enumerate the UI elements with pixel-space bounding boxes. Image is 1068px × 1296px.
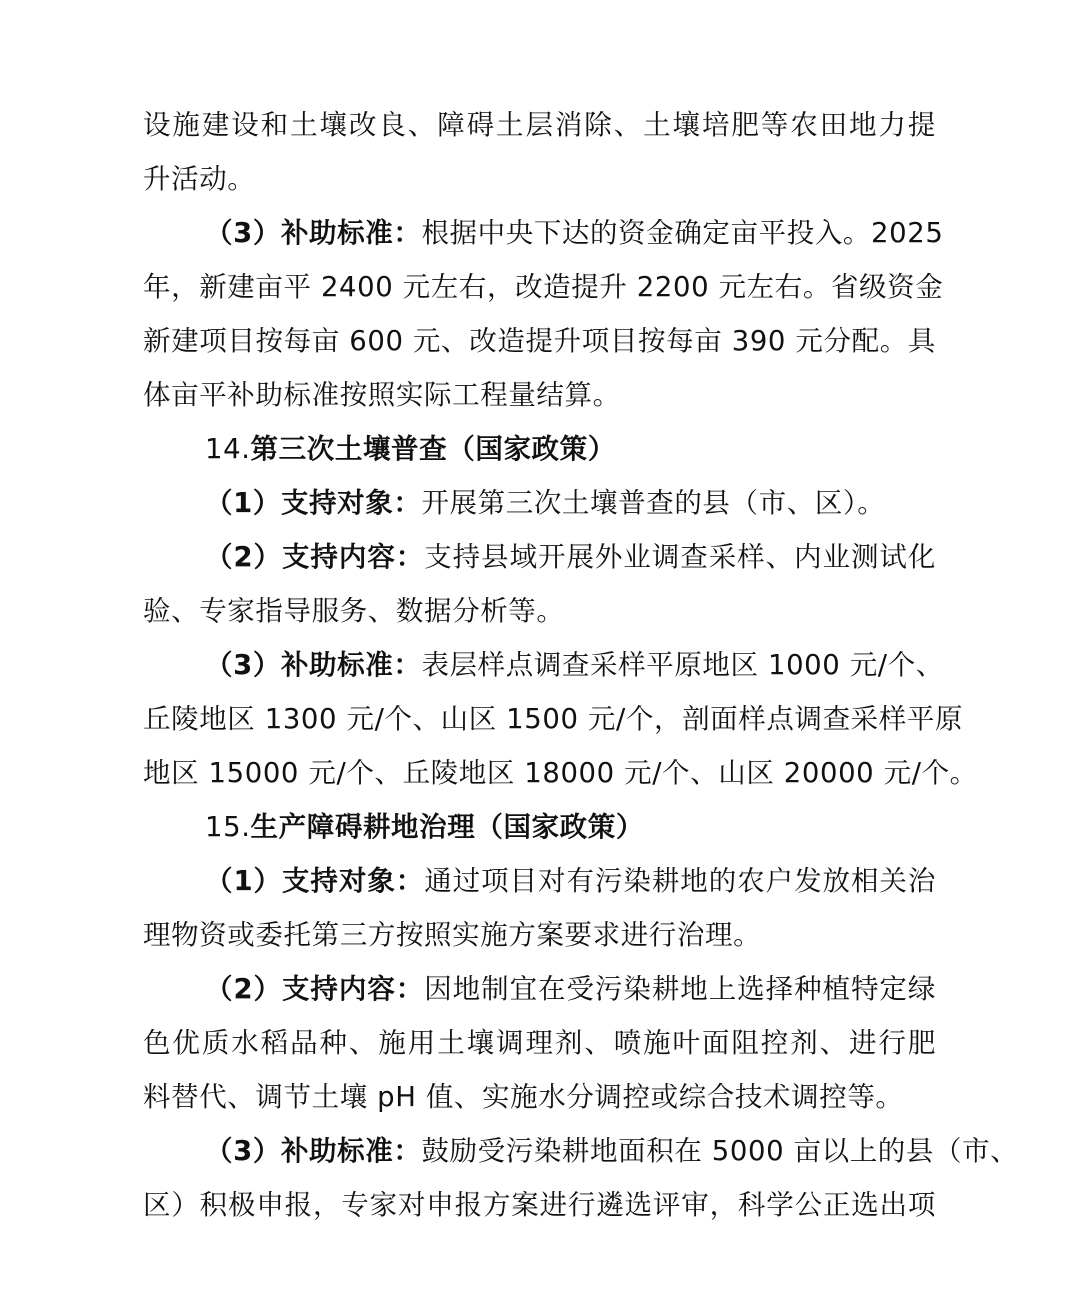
section-title: 生产障碍耕地治理（国家政策） [251,811,644,843]
document-page: 设施建设和土壤改良、障碍土层消除、土壤培肥等农田地力提 升活动。 （3）补助标准… [143,98,936,1232]
section-title: 第三次土壤普查（国家政策） [251,433,616,465]
paragraph-line: 丘陵地区 1300 元/个、山区 1500 元/个，剖面样点调查采样平原 [143,692,936,746]
paragraph-line: 年，新建亩平 2400 元左右，改造提升 2200 元左右。省级资金 [143,260,936,314]
support-content-paragraph: （2）支持内容：支持县域开展外业调查采样、内业测试化 [143,530,936,584]
item-prefix: （1） [205,865,282,897]
item-prefix: （2） [205,541,282,573]
item-label: 支持对象： [282,865,424,897]
item-prefix: （3） [205,649,281,681]
support-content-paragraph: （2）支持内容：因地制宜在受污染耕地上选择种植特定绿 [143,962,936,1016]
item-prefix: （3） [205,217,281,249]
item-text: 开展第三次土壤普查的县（市、区）。 [421,487,885,519]
section-number: 15. [205,811,251,843]
item-text: 因地制宜在受污染耕地上选择种植特定绿 [424,973,936,1005]
subsidy-standard-paragraph: （3）补助标准：表层样点调查采样平原地区 1000 元/个、 [143,638,936,692]
paragraph-line: 区）积极申报，专家对申报方案进行遴选评审，科学公正选出项 [143,1178,936,1232]
section-heading-15: 15.生产障碍耕地治理（国家政策） [143,800,936,854]
item-label: 支持内容： [282,973,424,1005]
item-prefix: （3） [205,1135,281,1167]
item-text: 通过项目对有污染耕地的农户发放相关治 [424,865,936,897]
section-number: 14. [205,433,251,465]
paragraph-line: 料替代、调节土壤 pH 值、实施水分调控或综合技术调控等。 [143,1070,936,1124]
item-text: 根据中央下达的资金确定亩平投入。2025 [421,217,943,249]
item-label: 补助标准： [281,1135,422,1167]
paragraph-line: 新建项目按每亩 600 元、改造提升项目按每亩 390 元分配。具 [143,314,936,368]
paragraph-line: 色优质水稻品种、施用土壤调理剂、喷施叶面阻控剂、进行肥 [143,1016,936,1070]
item-text: 鼓励受污染耕地面积在 5000 亩以上的县（市、 [421,1135,1018,1167]
item-label: 支持对象： [281,487,422,519]
paragraph-line: 体亩平补助标准按照实际工程量结算。 [143,368,936,422]
paragraph-line: 地区 15000 元/个、丘陵地区 18000 元/个、山区 20000 元/个… [143,746,936,800]
item-label: 补助标准： [281,217,422,249]
subsidy-standard-paragraph: （3）补助标准：鼓励受污染耕地面积在 5000 亩以上的县（市、 [143,1124,936,1178]
item-prefix: （1） [205,487,281,519]
paragraph-line: 验、专家指导服务、数据分析等。 [143,584,936,638]
support-target-paragraph: （1）支持对象：开展第三次土壤普查的县（市、区）。 [143,476,936,530]
paragraph-line: 理物资或委托第三方按照实施方案要求进行治理。 [143,908,936,962]
paragraph-line: 设施建设和土壤改良、障碍土层消除、土壤培肥等农田地力提 [143,98,936,152]
item-text: 表层样点调查采样平原地区 1000 元/个、 [421,649,943,681]
paragraph-line: 升活动。 [143,152,936,206]
section-heading-14: 14.第三次土壤普查（国家政策） [143,422,936,476]
item-label: 补助标准： [281,649,422,681]
subsidy-standard-paragraph: （3）补助标准：根据中央下达的资金确定亩平投入。2025 [143,206,936,260]
item-label: 支持内容： [282,541,424,573]
support-target-paragraph: （1）支持对象：通过项目对有污染耕地的农户发放相关治 [143,854,936,908]
item-prefix: （2） [205,973,282,1005]
item-text: 支持县域开展外业调查采样、内业测试化 [424,541,936,573]
